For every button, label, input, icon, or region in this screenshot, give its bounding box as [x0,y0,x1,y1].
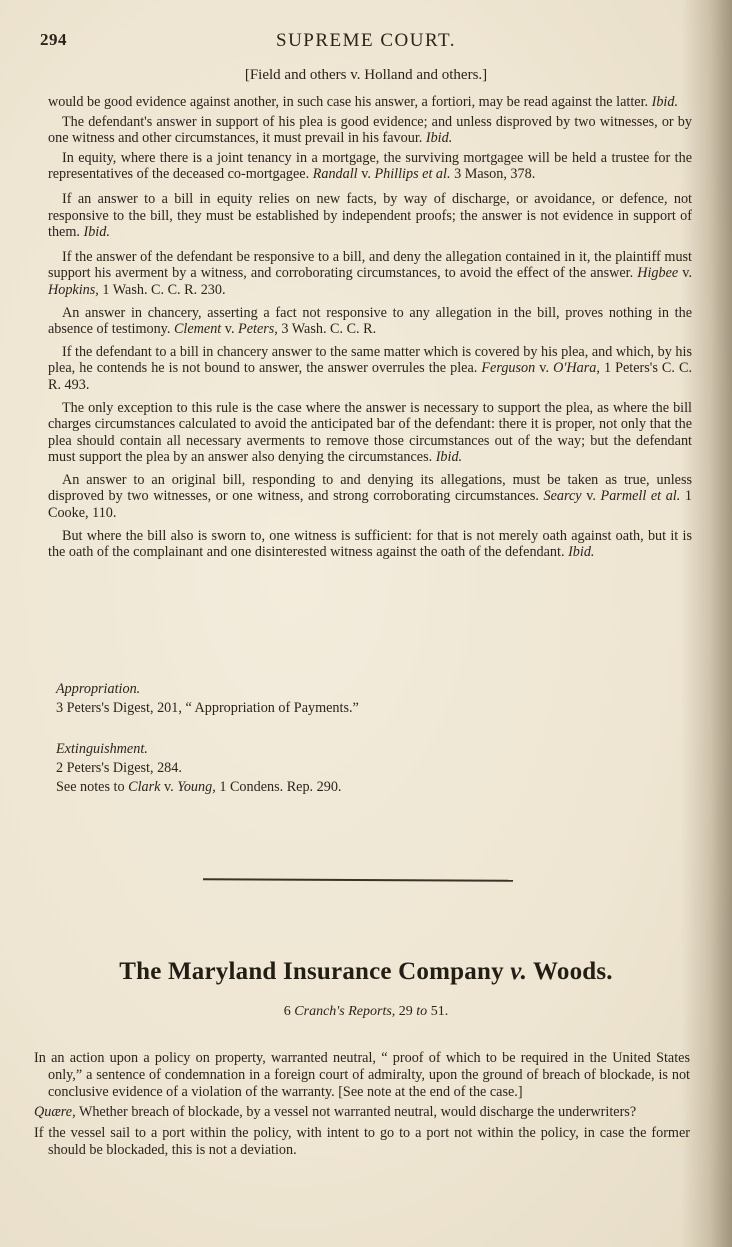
paragraph: In equity, where there is a joint tenanc… [48,150,692,183]
section-divider-rule [203,878,513,882]
paragraph: But where the bill also is sworn to, one… [48,528,692,561]
section-line: 2 Peters's Digest, 284. [56,759,341,778]
paragraph: would be good evidence against another, … [48,94,692,111]
paragraph: If the defendant to a bill in chancery a… [48,344,692,394]
section-line: 3 Peters's Digest, 201, “ Appropriation … [56,699,359,718]
case-title: The Maryland Insurance Company v. Woods. [0,958,732,986]
headnote: If the vessel sail to a port within the … [34,1125,690,1159]
paragraph: The defendant's answer in support of his… [48,114,692,147]
case-citation: 6 Cranch's Reports, 29 to 51. [0,1004,732,1020]
section-extinguishment: Extinguishment. 2 Peters's Digest, 284. … [56,740,341,797]
section-line: See notes to Clark v. Young, 1 Condens. … [56,778,341,797]
paragraph: If the answer of the defendant be respon… [48,249,692,299]
book-page: 294 SUPREME COURT. [Field and others v. … [0,0,732,1247]
section-heading: Extinguishment. [56,740,341,759]
paragraph: An answer in chancery, asserting a fact … [48,305,692,338]
paragraph: The only exception to this rule is the c… [48,400,692,466]
case-caption: [Field and others v. Holland and others.… [0,67,732,84]
paragraph: An answer to an original bill, respondin… [48,472,692,522]
section-heading: Appropriation. [56,680,359,699]
headnote: Quære, Whether breach of blockade, by a … [34,1104,690,1121]
headnote: In an action upon a policy on property, … [34,1050,690,1100]
section-appropriation: Appropriation. 3 Peters's Digest, 201, “… [56,680,359,718]
running-head: SUPREME COURT. [40,30,692,52]
page-header: 294 SUPREME COURT. [40,30,692,56]
body-text: would be good evidence against another, … [48,94,692,561]
paragraph: If an answer to a bill in equity relies … [48,191,692,241]
case-headnotes: In an action upon a policy on property, … [34,1050,690,1163]
